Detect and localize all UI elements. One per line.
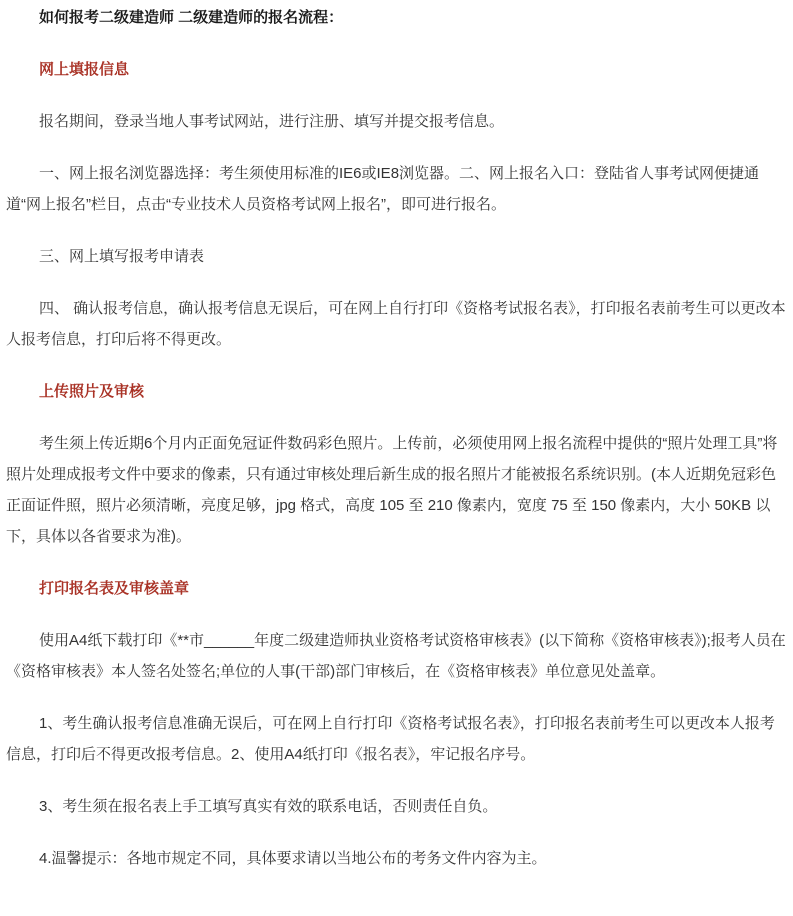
paragraph-print-audit-form: 使用A4纸下载打印《**市______年度二级建造师执业资格考试资格审核表》(以… (6, 625, 787, 687)
paragraph-confirm-info: 四、 确认报考信息，确认报考信息无误后，可在网上自行打印《资格考试报名表》，打印… (6, 293, 787, 355)
paragraph-registration-period: 报名期间，登录当地人事考试网站，进行注册、填写并提交报考信息。 (6, 106, 787, 137)
paragraph-contact-phone: 3、考生须在报名表上手工填写真实有效的联系电话，否则责任自负。 (6, 791, 787, 822)
paragraph-print-steps: 1、考生确认报考信息准确无误后，可在网上自行打印《资格考试报名表》，打印报名表前… (6, 708, 787, 770)
section-heading-photo-upload: 上传照片及审核 (6, 376, 787, 407)
article-body: 如何报考二级建造师 二级建造师的报名流程： 网上填报信息 报名期间，登录当地人事… (0, 0, 793, 916)
doc-title: 如何报考二级建造师 二级建造师的报名流程： (6, 2, 787, 33)
paragraph-browser-and-entry: 一、网上报名浏览器选择：考生须使用标准的IE6或IE8浏览器。二、网上报名入口：… (6, 158, 787, 220)
section-heading-online-fill: 网上填报信息 (6, 54, 787, 85)
section-heading-print-form: 打印报名表及审核盖章 (6, 573, 787, 604)
paragraph-fill-application: 三、网上填写报考申请表 (6, 241, 787, 272)
paragraph-warm-tip: 4.温馨提示：各地市规定不同，具体要求请以当地公布的考务文件内容为主。 (6, 843, 787, 874)
paragraph-photo-requirements: 考生须上传近期6个月内正面免冠证件数码彩色照片。上传前，必须使用网上报名流程中提… (6, 428, 787, 552)
